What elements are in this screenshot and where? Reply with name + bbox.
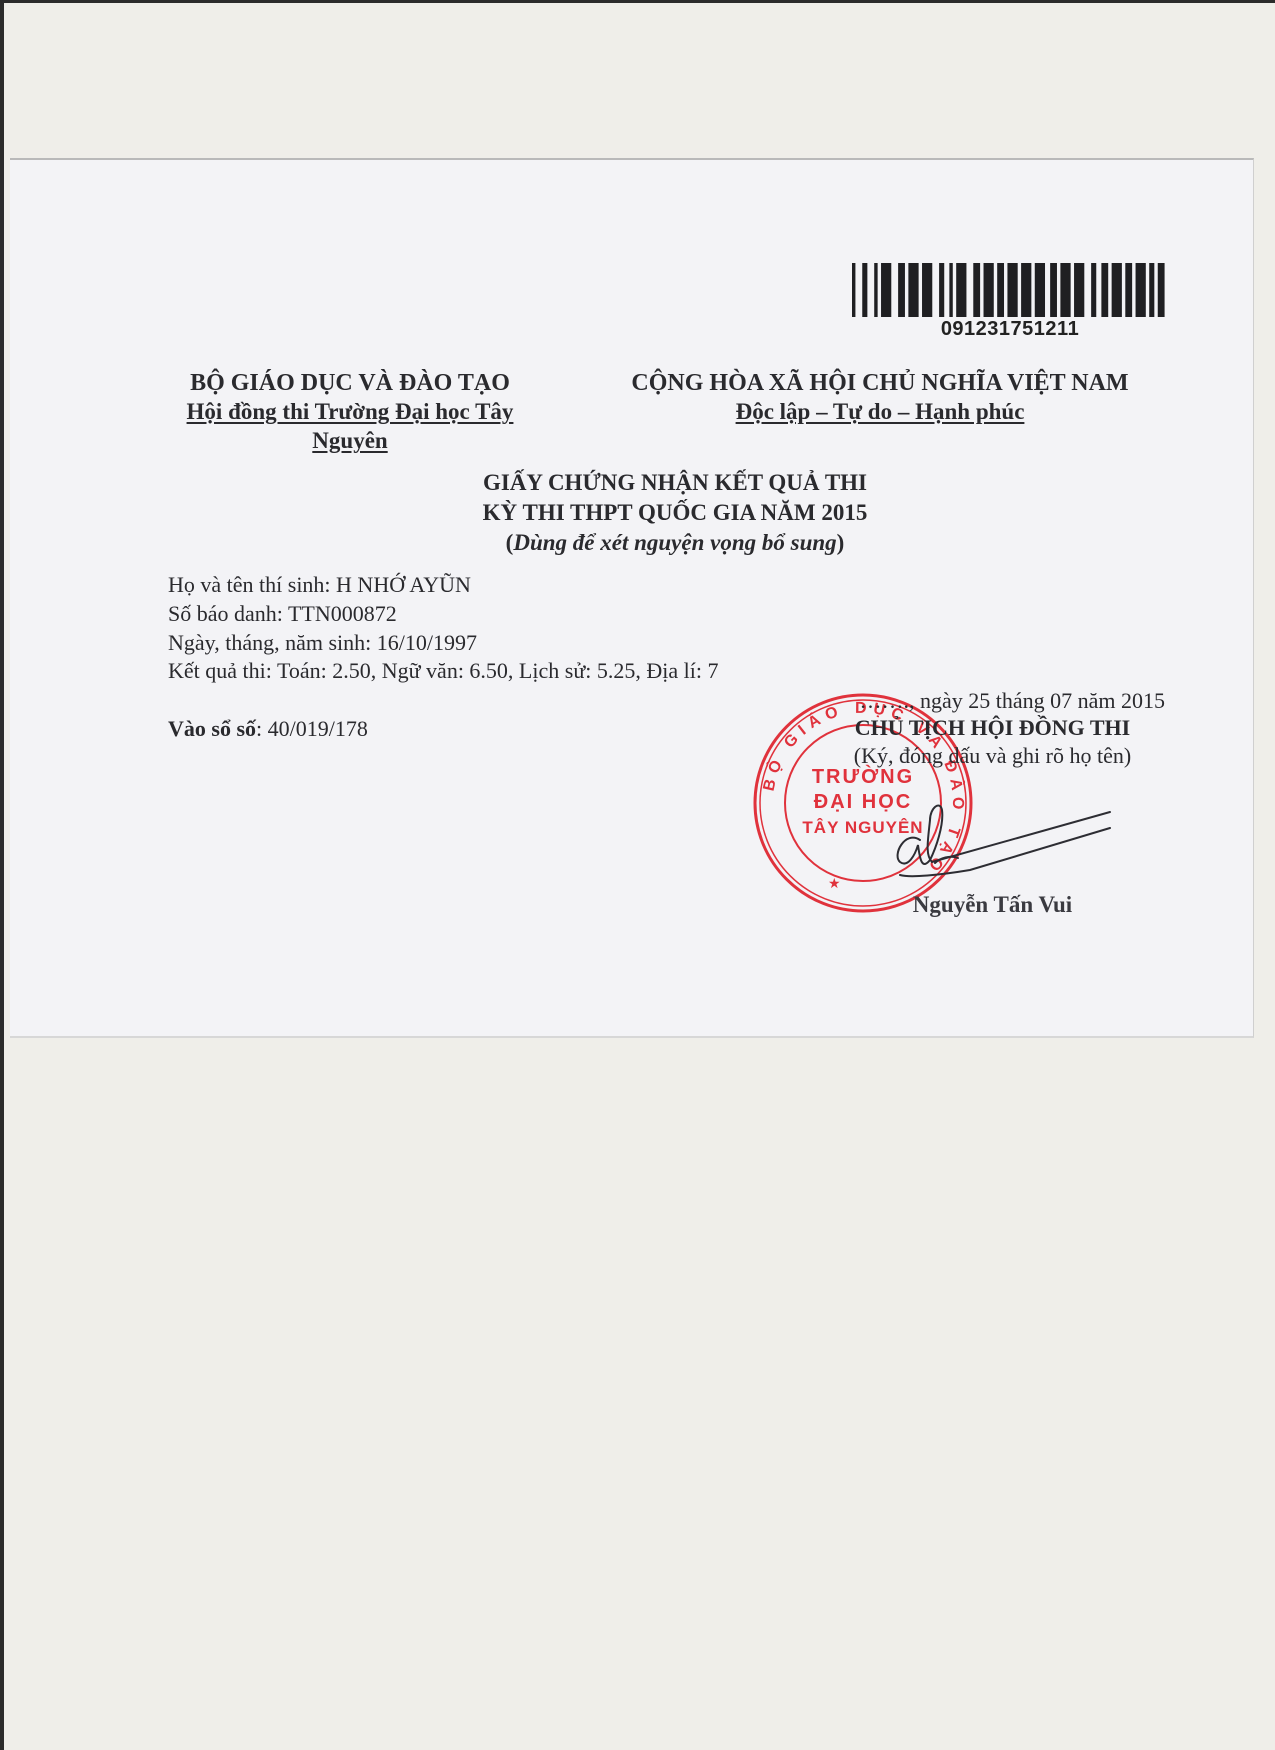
council-name-line1: Hội đồng thi Trường Đại học Tây: [150, 399, 550, 425]
signing-date: ……., ngày 25 tháng 07 năm 2015: [820, 688, 1165, 714]
candidate-name: H NHỚ AYŨN: [336, 572, 471, 597]
candidate-id-row: Số báo danh: TTN000872: [168, 601, 397, 627]
barcode-icon: [850, 263, 1170, 317]
candidate-id: TTN000872: [288, 601, 397, 626]
candidate-dob-row: Ngày, tháng, năm sinh: 16/10/1997: [168, 630, 477, 656]
signing-instruction: (Ký, đóng dấu và ghi rõ họ tên): [820, 743, 1165, 769]
svg-text:★: ★: [828, 877, 841, 892]
certificate-title: GIẤY CHỨNG NHẬN KẾT QUẢ THI: [440, 470, 910, 496]
barcode-number: 091231751211: [850, 318, 1170, 341]
signer-name: Nguyễn Tấn Vui: [820, 892, 1165, 918]
purpose-text: Dùng để xét nguyện vọng bổ sung: [513, 530, 836, 555]
candidate-name-label: Họ và tên thí sinh:: [168, 572, 336, 597]
handwritten-signature-icon: [860, 800, 1120, 880]
exam-results-label: Kết quả thi:: [168, 658, 277, 683]
registry-row: Vào sổ số: 40/019/178: [168, 716, 368, 742]
exam-results-row: Kết quả thi: Toán: 2.50, Ngữ văn: 6.50, …: [168, 658, 718, 684]
exam-results: Toán: 2.50, Ngữ văn: 6.50, Lịch sử: 5.25…: [277, 658, 718, 683]
registry-label: Vào sổ số: [168, 716, 256, 741]
scanner-edge-top: [0, 0, 1275, 3]
ministry-name: BỘ GIÁO DỤC VÀ ĐÀO TẠO: [150, 370, 550, 397]
candidate-id-label: Số báo danh:: [168, 601, 288, 626]
national-motto: Độc lập – Tự do – Hạnh phúc: [600, 399, 1160, 425]
republic-name: CỘNG HÒA XÃ HỘI CHỦ NGHĨA VIỆT NAM: [600, 370, 1160, 397]
signer-position: CHỦ TỊCH HỘI ĐỒNG THI: [820, 715, 1165, 741]
certificate-purpose: (Dùng để xét nguyện vọng bổ sung): [440, 530, 910, 556]
candidate-name-row: Họ và tên thí sinh: H NHỚ AYŨN: [168, 572, 471, 598]
candidate-dob: 16/10/1997: [377, 630, 477, 655]
paren-close: ): [837, 530, 845, 555]
candidate-dob-label: Ngày, tháng, năm sinh:: [168, 630, 377, 655]
exam-title: KỲ THI THPT QUỐC GIA NĂM 2015: [440, 500, 910, 526]
scanner-edge-left: [0, 0, 4, 1750]
registry-number: : 40/019/178: [256, 716, 368, 741]
council-name-line2: Nguyên: [150, 428, 550, 454]
